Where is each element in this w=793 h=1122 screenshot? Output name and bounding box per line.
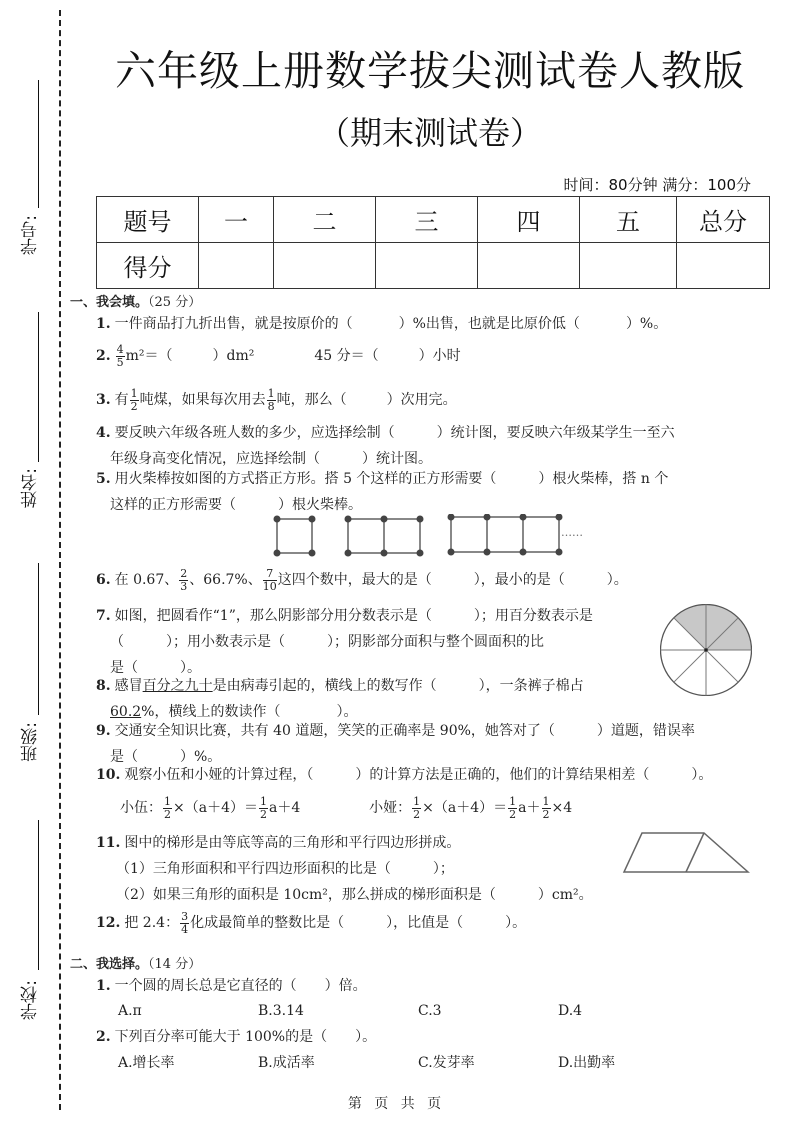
question-text: 这四个数中，最大的是（ ），最小的是（ ）。	[278, 572, 628, 588]
numerator: 1	[267, 388, 276, 401]
fraction: 12	[412, 796, 421, 821]
numerator: 1	[130, 388, 139, 401]
question-number: 5.	[96, 471, 111, 487]
question-1-6: 6.在 0.67、23、66.7%、710这四个数中，最大的是（ ），最小的是（…	[96, 567, 756, 593]
option-a[interactable]: A.增长率	[118, 1052, 175, 1072]
fraction: 12	[508, 796, 517, 821]
question-text: 年级身高变化情况，应选择绘制（ ）统计图。	[96, 451, 432, 467]
denominator: 8	[267, 401, 276, 413]
question-number: 6.	[96, 572, 111, 588]
name-line[interactable]	[38, 312, 39, 462]
score-table: 题号 一 二 三 四 五 总分 得分	[96, 196, 770, 289]
denominator: 10	[263, 581, 277, 593]
numerator: 2	[179, 568, 188, 581]
question-text: （1）三角形面积和平行四边形面积的比是（ ）；	[96, 861, 454, 877]
numerator: 1	[412, 796, 421, 809]
question-text: 是由病毒引起的，横线上的数写作（ ），一条裤子棉占	[213, 678, 584, 694]
question-text: （ ）；用小数表示是（ ）；阴影部分面积与整个圆面积的比	[96, 634, 544, 650]
score-cell[interactable]	[677, 243, 770, 289]
class-label: 班级:	[18, 722, 42, 762]
question-text: ）次用完。	[387, 392, 457, 408]
numerator: 1	[542, 796, 551, 809]
question-2-1: 1.一个圆的周长总是它直径的（ ）倍。	[96, 973, 756, 999]
denominator: 2	[412, 809, 421, 821]
option-b[interactable]: B.成活率	[258, 1052, 315, 1072]
question-text: m²＝（	[126, 348, 173, 364]
question-text: 吨，那么（	[277, 392, 347, 408]
question-1-12: 12.把 2.4：34化成最简单的整数比是（ ），比值是（ ）。	[96, 910, 756, 936]
header-cell: 总分	[677, 197, 770, 243]
question-text: ）dm²	[213, 348, 255, 364]
header-cell: 四	[478, 197, 580, 243]
question-text: 一件商品打九折出售，就是按原价的（	[115, 316, 353, 332]
expression: ×4	[552, 800, 573, 816]
question-number: 1.	[96, 978, 111, 994]
expression: ×（a＋4）＝	[173, 800, 258, 816]
fraction: 12	[542, 796, 551, 821]
fraction: 23	[179, 568, 188, 593]
underlined-text: 百分之九十	[143, 678, 213, 694]
question-1-4: 4.要反映六年级各班人数的多少，应选择绘制（ ）统计图，要反映六年级某学生一至六…	[96, 420, 756, 472]
matchstick-figure	[270, 514, 610, 560]
xiaowu-label: 小伍：	[120, 800, 162, 816]
ellipsis: ……	[561, 526, 583, 539]
fraction: 710	[263, 568, 277, 593]
question-2-2: 2.下列百分率可能大于 100%的是（ ）。	[96, 1024, 756, 1050]
denominator: 4	[180, 924, 189, 936]
question-number: 9.	[96, 723, 111, 739]
question-text: 45 分＝（	[314, 348, 378, 364]
question-text: ）小时	[419, 348, 461, 364]
question-number: 11.	[96, 835, 120, 851]
score-cell[interactable]	[274, 243, 376, 289]
question-text: 观察小伍和小娅的计算过程，（ ）的计算方法是正确的，他们的计算结果相差（ ）。	[124, 767, 712, 783]
question-number: 1.	[96, 316, 111, 332]
circle-figure	[660, 604, 752, 696]
question-1-11: 11.图中的梯形是由等底等高的三角形和平行四边形拼成。 （1）三角形面积和平行四…	[96, 830, 616, 908]
numerator: 7	[263, 568, 277, 581]
question-text: 有	[115, 392, 129, 408]
question-text: 在 0.67、	[115, 572, 179, 588]
score-cell[interactable]	[376, 243, 478, 289]
numerator: 1	[508, 796, 517, 809]
score-cell[interactable]	[478, 243, 580, 289]
question-number: 12.	[96, 915, 120, 931]
section-title: 二、我选择。	[70, 957, 148, 972]
question-text: 下列百分率可能大于 100%的是（ ）。	[115, 1029, 376, 1045]
section-points: （14 分）	[148, 957, 201, 972]
question-1-10-work: 小伍：12×（a＋4）＝12a＋4 小娅：12×（a＋4）＝12a＋12×4	[120, 795, 780, 821]
question-text: （2）如果三角形的面积是 10cm²，那么拼成的梯形面积是（ ）cm²。	[96, 887, 593, 903]
fraction: 18	[267, 388, 276, 413]
option-d[interactable]: D.出勤率	[558, 1052, 615, 1072]
expression: ×（a＋4）＝	[422, 800, 507, 816]
score-header-row: 题号 一 二 三 四 五 总分	[97, 197, 770, 243]
time-info: 时间：80分钟 满分：100分	[564, 174, 752, 195]
score-value-row: 得分	[97, 243, 770, 289]
question-1-2: 2.45m²＝（）dm²45 分＝（）小时	[96, 343, 756, 369]
option-b[interactable]: B.3.14	[258, 1003, 304, 1019]
numerator: 4	[116, 344, 125, 357]
question-text: 要反映六年级各班人数的多少，应选择绘制（ ）统计图，要反映六年级某学生一至六	[115, 425, 675, 441]
score-label-cell: 得分	[97, 243, 199, 289]
question-text: 用火柴棒按如图的方式搭正方形。搭 5 个这样的正方形需要（ ）根火柴棒，搭 n …	[115, 471, 669, 487]
question-number: 10.	[96, 767, 120, 783]
question-number: 3.	[96, 392, 111, 408]
question-text: 这样的正方形需要（ ）根火柴棒。	[96, 497, 362, 513]
exam-subtitle: （期末测试卷）	[80, 108, 780, 154]
student-id-label: 学号:	[18, 215, 42, 255]
section-points: （25 分）	[148, 295, 201, 310]
question-number: 2.	[96, 1029, 111, 1045]
option-d[interactable]: D.4	[558, 1003, 582, 1019]
question-number: 8.	[96, 678, 111, 694]
binding-dashed-line	[59, 10, 61, 1110]
option-a[interactable]: A.π	[118, 1003, 142, 1019]
section-1-heading: 一、我会填。（25 分）	[70, 291, 201, 310]
question-text: 如图，把圆看作“1”，那么阴影部分用分数表示是（ ）；用百分数表示是	[115, 608, 593, 624]
page-footer: 第 页 共 页	[0, 1093, 793, 1113]
denominator: 5	[116, 357, 125, 369]
header-cell: 二	[274, 197, 376, 243]
question-text: 图中的梯形是由等底等高的三角形和平行四边形拼成。	[124, 835, 460, 851]
question-1-1: 1.一件商品打九折出售，就是按原价的（）%出售，也就是比原价低（）%。	[96, 311, 756, 337]
question-text: 化成最简单的整数比是（ ），比值是（ ）。	[190, 915, 526, 931]
score-cell[interactable]	[199, 243, 274, 289]
section-title: 一、我会填。	[70, 295, 148, 310]
numerator: 1	[163, 796, 172, 809]
denominator: 2	[542, 809, 551, 821]
question-text: 吨煤，如果每次用去	[140, 392, 266, 408]
expression: a＋4	[269, 800, 300, 816]
expression: a＋	[518, 800, 540, 816]
denominator: 3	[179, 581, 188, 593]
denominator: 2	[508, 809, 517, 821]
student-id-line[interactable]	[38, 80, 39, 208]
section-2-heading: 二、我选择。（14 分）	[70, 953, 201, 972]
question-text: 一个圆的周长总是它直径的（ ）倍。	[115, 978, 367, 994]
header-cell: 五	[580, 197, 677, 243]
question-1-10: 10.观察小伍和小娅的计算过程，（ ）的计算方法是正确的，他们的计算结果相差（ …	[96, 762, 756, 788]
question-text: 感冒	[115, 678, 143, 694]
fraction: 12	[130, 388, 139, 413]
denominator: 2	[163, 809, 172, 821]
numerator: 1	[259, 796, 268, 809]
question-text: ）%出售，也就是比原价低（	[399, 316, 580, 332]
question-text: ）%。	[626, 316, 667, 332]
option-c[interactable]: C.3	[418, 1003, 442, 1019]
question-1-3: 3.有12吨煤，如果每次用去18吨，那么（）次用完。	[96, 387, 756, 413]
school-label: 学校:	[18, 980, 42, 1020]
fraction: 12	[163, 796, 172, 821]
question-number: 7.	[96, 608, 111, 624]
question-number: 4.	[96, 425, 111, 441]
denominator: 2	[130, 401, 139, 413]
fraction: 34	[180, 911, 189, 936]
exam-title: 六年级上册数学拔尖测试卷人教版	[80, 38, 780, 97]
header-cell: 三	[376, 197, 478, 243]
fraction: 45	[116, 344, 125, 369]
question-1-7: 7.如图，把圆看作“1”，那么阴影部分用分数表示是（ ）；用百分数表示是 （ ）…	[96, 603, 656, 681]
header-cell: 题号	[97, 197, 199, 243]
name-label: 姓名:	[18, 468, 42, 508]
fraction: 12	[259, 796, 268, 821]
xiaoya-label: 小娅：	[369, 800, 411, 816]
question-text: 把 2.4：	[124, 915, 179, 931]
denominator: 2	[259, 809, 268, 821]
class-line[interactable]	[38, 563, 39, 715]
numerator: 3	[180, 911, 189, 924]
question-text: 、66.7%、	[189, 572, 261, 588]
school-line[interactable]	[38, 820, 39, 970]
option-c[interactable]: C.发芽率	[418, 1052, 475, 1072]
question-number: 2.	[96, 348, 111, 364]
trapezoid-figure	[622, 830, 752, 876]
question-text: 交通安全知识比赛，共有 40 道题，笑笑的正确率是 90%，她答对了（ ）道题，…	[115, 723, 695, 739]
header-cell: 一	[199, 197, 274, 243]
score-cell[interactable]	[580, 243, 677, 289]
question-1-5: 5.用火柴棒按如图的方式搭正方形。搭 5 个这样的正方形需要（ ）根火柴棒，搭 …	[96, 466, 756, 518]
